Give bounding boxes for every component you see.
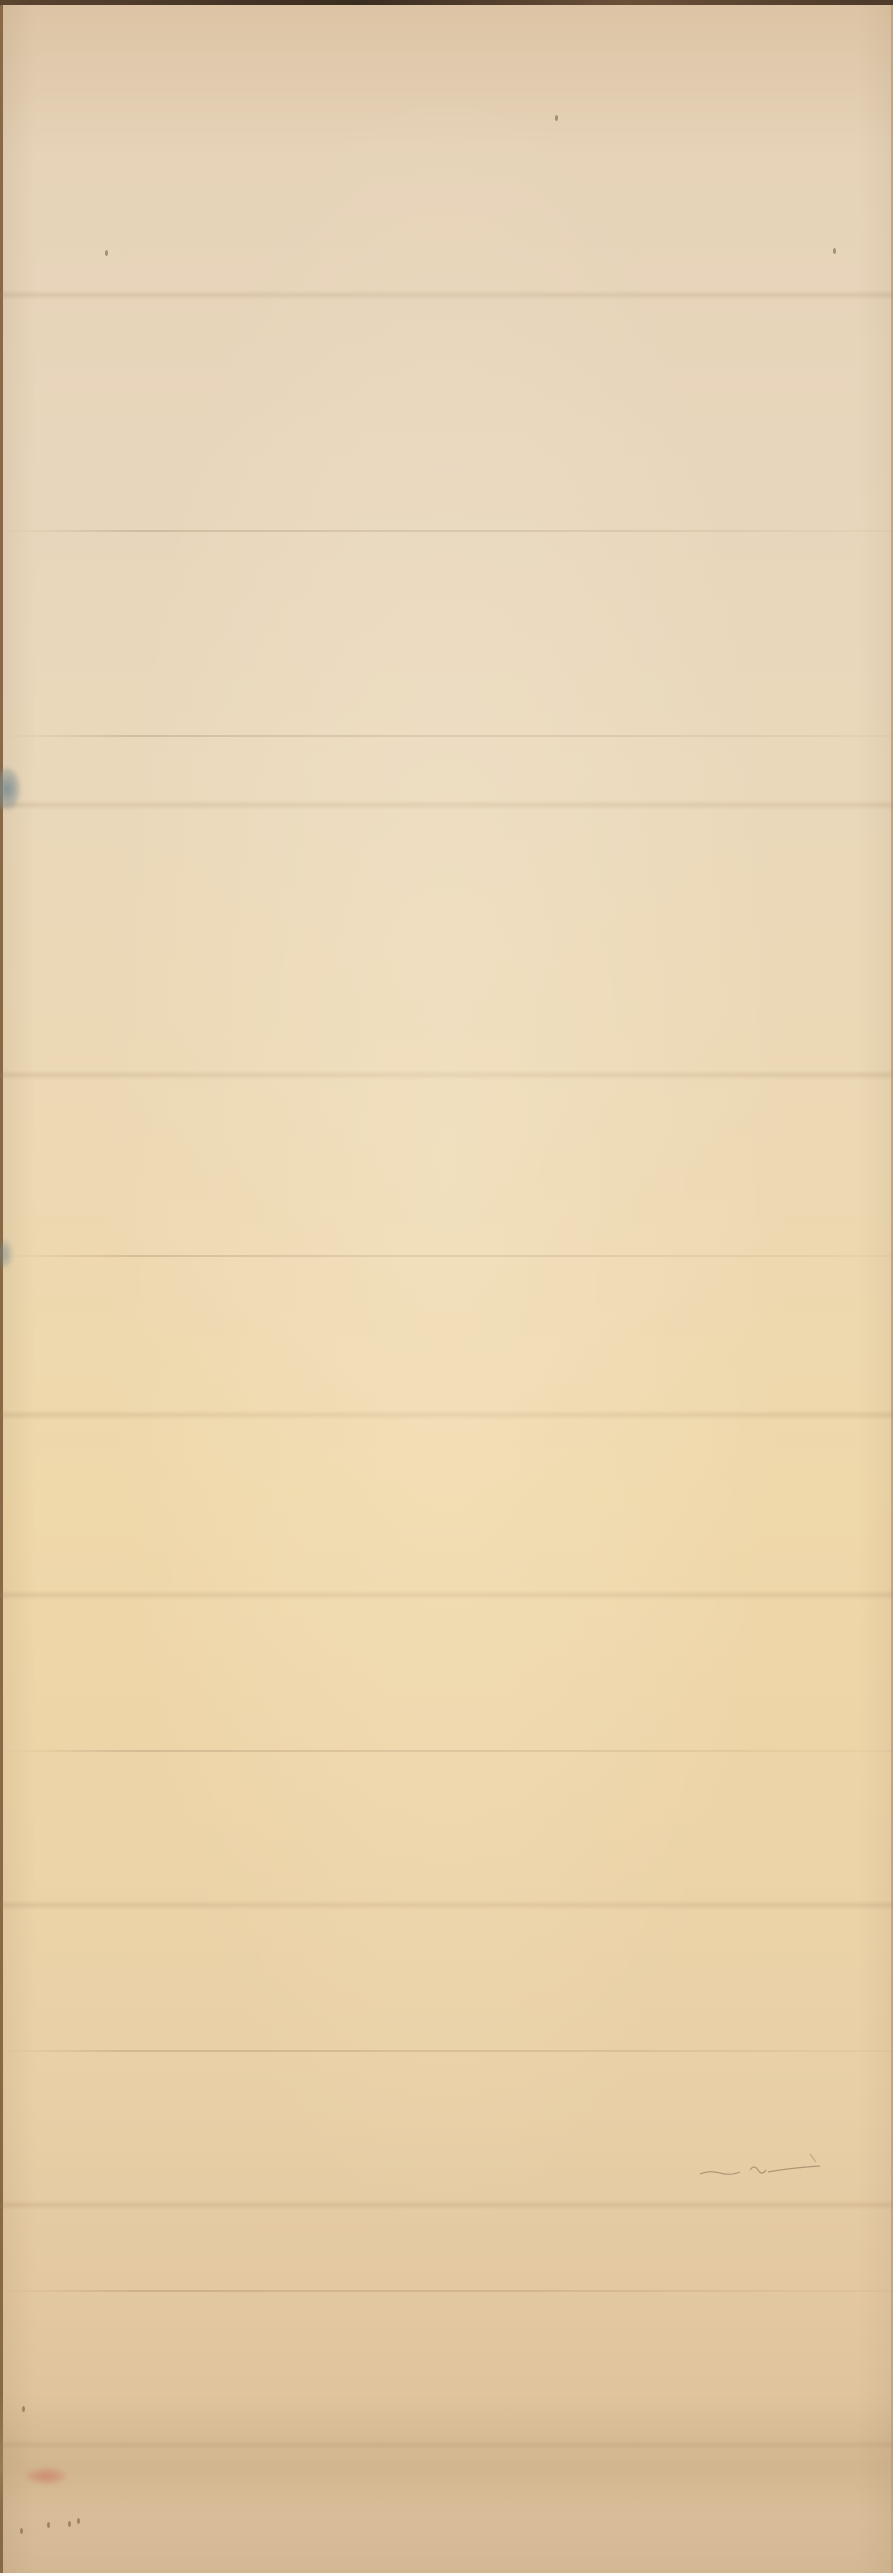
fold-line (0, 800, 893, 810)
fold-line (0, 290, 893, 300)
pencil-scribble (690, 2148, 850, 2188)
fold-line (0, 1410, 893, 1420)
lighting-vignette (0, 0, 893, 2573)
paper-top-edge (0, 0, 893, 5)
blue-stain (0, 1240, 12, 1268)
paper-sheet (0, 0, 893, 2573)
speck (833, 248, 836, 254)
fold-line (0, 1590, 893, 1600)
speck (22, 2406, 25, 2412)
water-stain-band (0, 2395, 893, 2515)
fold-line (0, 1070, 893, 1080)
red-stain (26, 2468, 66, 2484)
fold-line (0, 735, 893, 737)
fold-line (0, 1750, 893, 1752)
speck (20, 2528, 23, 2534)
fold-line (0, 2290, 893, 2292)
speck (77, 2518, 80, 2524)
speck (555, 115, 558, 121)
speck (68, 2521, 71, 2527)
fold-line (0, 1900, 893, 1910)
fold-line (0, 530, 893, 532)
speck (47, 2522, 50, 2528)
speck (105, 250, 108, 256)
fold-line (0, 2050, 893, 2052)
fold-line (0, 1255, 893, 1257)
fold-line (0, 2200, 893, 2210)
